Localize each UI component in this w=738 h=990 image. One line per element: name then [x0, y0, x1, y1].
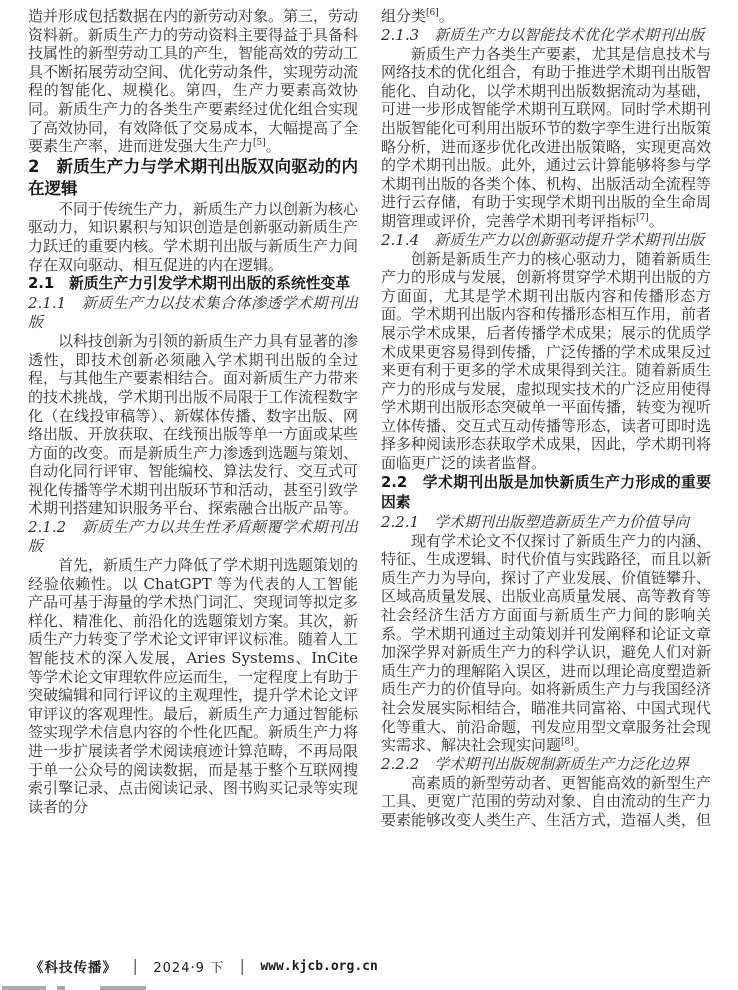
paragraph-continuation: 造并形成包括数据在内的新劳动对象。第三，劳动资料新。新质生产力的劳动资料主要得益…	[28, 7, 358, 156]
paragraph-tail: 。	[649, 212, 664, 230]
paragraph-text: 组分类	[381, 7, 426, 25]
subsection-heading-2-2: 2.2 学术期刊出版是加快新质生产力形成的重要因素	[381, 473, 711, 513]
paragraph-continuation: 组分类[6]。	[381, 7, 711, 26]
paragraph-tail: 。	[439, 7, 454, 25]
footer-separator: |	[240, 957, 244, 976]
scan-artifact	[2, 986, 46, 990]
paragraph-text: 新质生产力各类生产要素，尤其是信息技术与网络技术的优化组合，有助于推进学术期刊出…	[381, 45, 711, 230]
paragraph-text: 现有学术论文不仅探讨了新质生产力的内涵、特征、生成逻辑、时代价值与实践路径，而且…	[381, 532, 711, 755]
subsubsection-heading-2-1-3: 2.1.3 新质生产力以智能技术优化学术期刊出版	[381, 26, 711, 45]
subsection-heading-2-1: 2.1 新质生产力引发学术期刊出版的系统性变革	[28, 274, 358, 294]
citation-ref-5: [5]	[253, 138, 266, 148]
journal-name: 《科技传播》	[30, 956, 117, 976]
paragraph: 高素质的新型劳动者、更智能高效的新型生产工具、更宽广范围的劳动对象、自由流动的生…	[381, 774, 711, 830]
paragraph-text: 造并形成包括数据在内的新劳动对象。第三，劳动资料新。新质生产力的劳动资料主要得益…	[28, 7, 358, 155]
issue-label: 2024·9 下	[153, 957, 224, 976]
paragraph: 新质生产力各类生产要素，尤其是信息技术与网络技术的优化组合，有助于推进学术期刊出…	[381, 45, 711, 231]
journal-url: www.kjcb.org.cn	[260, 959, 377, 974]
scan-artifact	[100, 986, 146, 990]
footer-separator: |	[133, 957, 137, 976]
paragraph: 不同于传统生产力，新质生产力以创新为核心驱动力，知识累积与知识创造是创新驱动新质…	[28, 200, 358, 274]
subsubsection-heading-2-1-2: 2.1.2 新质生产力以共生性矛盾颠覆学术期刊出版	[28, 518, 358, 556]
paragraph: 现有学术论文不仅探讨了新质生产力的内涵、特征、生成逻辑、时代价值与实践路径，而且…	[381, 532, 711, 755]
subsubsection-heading-2-1-4: 2.1.4 新质生产力以创新驱动提升学术期刊出版	[381, 231, 711, 250]
citation-ref-8: [8]	[561, 737, 574, 747]
citation-ref-6: [6]	[426, 8, 439, 18]
paragraph: 首先，新质生产力降低了学术期刊选题策划的经验依赖性。以 ChatGPT 等为代表…	[28, 556, 358, 816]
subsubsection-heading-2-2-2: 2.2.2 学术期刊出版规制新质生产力泛化边界	[381, 755, 711, 774]
right-column: 组分类[6]。 2.1.3 新质生产力以智能技术优化学术期刊出版 新质生产力各类…	[381, 7, 711, 830]
left-column: 造并形成包括数据在内的新劳动对象。第三，劳动资料新。新质生产力的劳动资料主要得益…	[28, 7, 358, 816]
journal-page: 造并形成包括数据在内的新劳动对象。第三，劳动资料新。新质生产力的劳动资料主要得益…	[0, 0, 738, 990]
paragraph: 创新是新质生产力的核心驱动力，随着新质生产力的形成与发展，创新将贯穿学术期刊出版…	[381, 250, 711, 473]
paragraph-tail: 。	[266, 137, 281, 155]
paragraph-tail: 。	[574, 736, 589, 754]
citation-ref-7: [7]	[636, 213, 649, 223]
section-heading-2: 2 新质生产力与学术期刊出版双向驱动的内在逻辑	[28, 156, 358, 200]
subsubsection-heading-2-1-1: 2.1.1 新质生产力以技术集合体渗透学术期刊出版	[28, 294, 358, 332]
subsubsection-heading-2-2-1: 2.2.1 学术期刊出版塑造新质生产力价值导向	[381, 513, 711, 532]
paragraph: 以科技创新为引领的新质生产力具有显著的渗透性，即技术创新必须融入学术期刊出版的全…	[28, 332, 358, 518]
scan-artifact	[57, 986, 65, 990]
page-footer: 《科技传播》 | 2024·9 下 | www.kjcb.org.cn	[30, 956, 378, 976]
